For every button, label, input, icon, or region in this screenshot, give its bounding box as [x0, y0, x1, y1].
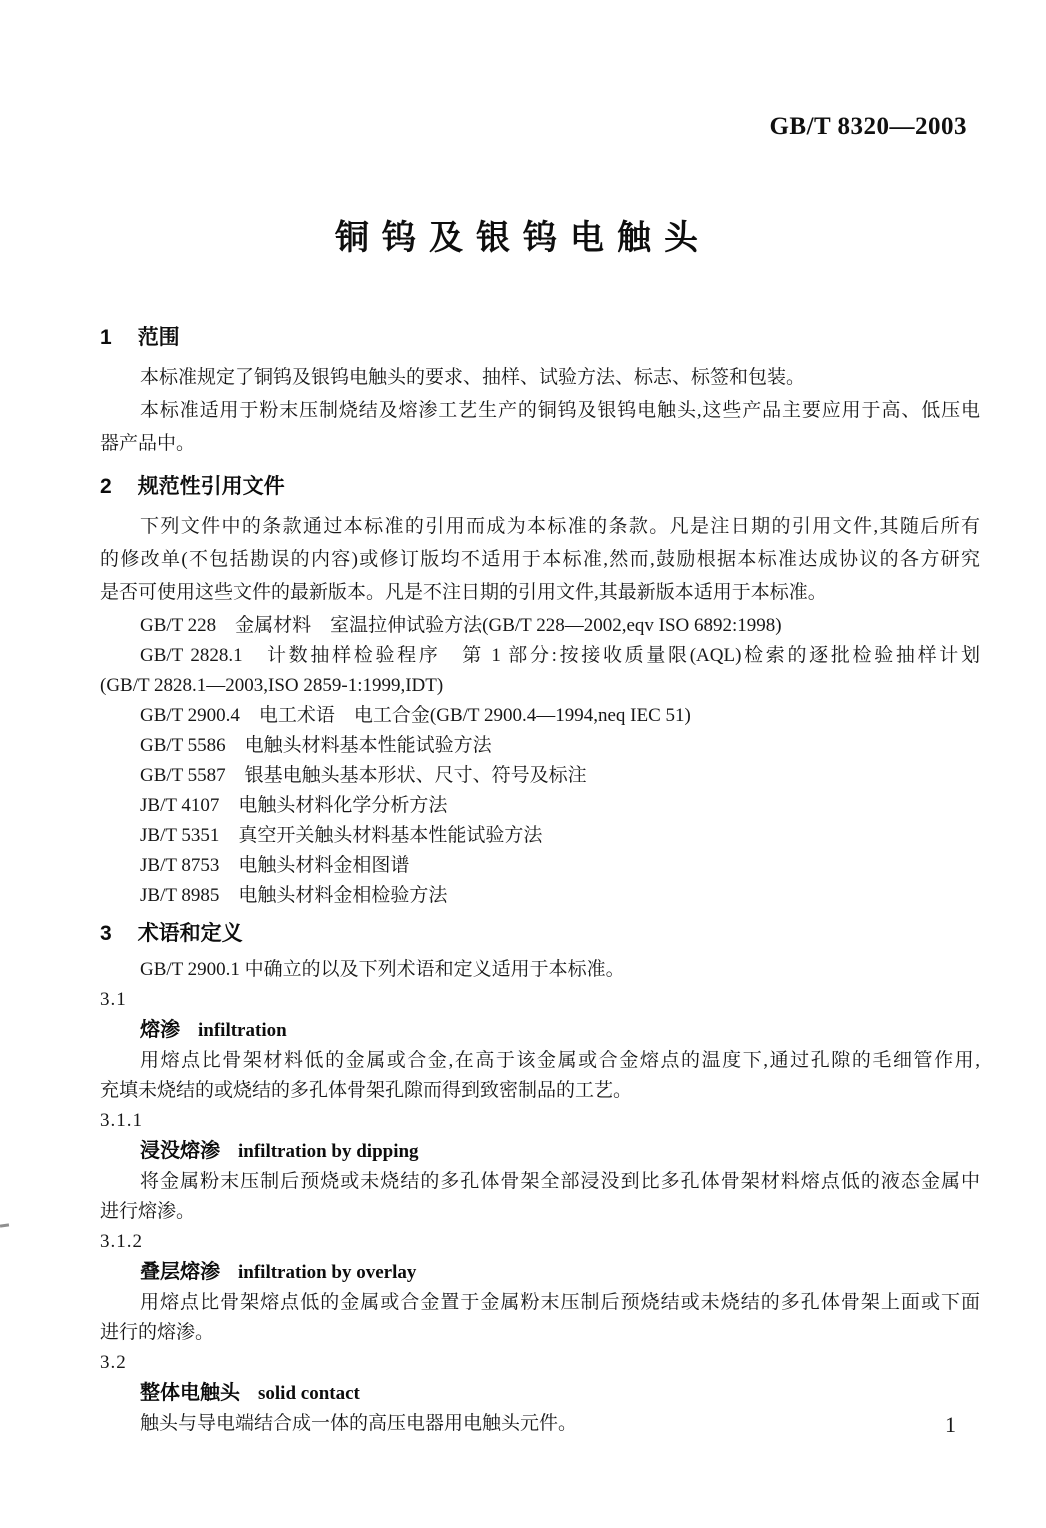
- term-name-zh: 叠层熔渗: [140, 1261, 220, 1283]
- terms-intro-line: GB/T 2900.1 中确立的以及下列术语和定义适用于本标准。: [100, 955, 980, 985]
- reference-item: GB/T 2900.4 电工术语 电工合金(GB/T 2900.4—1994,n…: [100, 701, 980, 731]
- term-name-en: infiltration by dipping: [238, 1141, 419, 1162]
- page-number: 1: [945, 1412, 956, 1438]
- section-1-heading: 1范围: [100, 325, 980, 351]
- section-1-number: 1: [100, 325, 112, 351]
- section-3-number: 3: [100, 921, 112, 947]
- term-number: 3.1.2: [100, 1227, 980, 1257]
- scan-edge-mark: [0, 1223, 9, 1227]
- section-2-title: 规范性引用文件: [138, 474, 285, 500]
- term-number: 3.2: [100, 1348, 980, 1378]
- term-definition-line: 用熔点比骨架熔点低的金属或合金置于金属粉末压制后预烧结或未烧结的多孔体骨架上面或…: [100, 1288, 980, 1318]
- term-name-en: infiltration by overlay: [238, 1262, 416, 1283]
- references-intro-line: 是否可使用这些文件的最新版本。凡是不注日期的引用文件,其最新版本适用于本标准。: [100, 576, 980, 609]
- references-intro-line: 下列文件中的条款通过本标准的引用而成为本标准的条款。凡是注日期的引用文件,其随后…: [100, 510, 980, 543]
- standard-code: GB/T 8320—2003: [769, 113, 967, 141]
- scope-paragraph-line: 本标准规定了铜钨及银钨电触头的要求、抽样、试验方法、标志、标签和包装。: [100, 361, 980, 394]
- section-2-heading: 2规范性引用文件: [100, 474, 980, 500]
- references-list: GB/T 228 金属材料 室温拉伸试验方法(GB/T 228—2002,eqv…: [100, 611, 980, 911]
- references-intro-line: 的修改单(不包括勘误的内容)或修订版均不适用于本标准,然而,鼓励根据本标准达成协…: [100, 543, 980, 576]
- section-3-title: 术语和定义: [138, 921, 243, 947]
- term-definition-line: 充填未烧结的或烧结的多孔体骨架孔隙而得到致密制品的工艺。: [100, 1076, 980, 1106]
- reference-item-continuation: (GB/T 2828.1—2003,ISO 2859-1:1999,IDT): [100, 671, 980, 701]
- term-definition-line: 将金属粉末压制后预烧或未烧结的多孔体骨架全部浸没到比多孔体骨架材料熔点低的液态金…: [100, 1167, 980, 1197]
- document-title: 铜钨及银钨电触头: [0, 210, 1046, 259]
- document-page: GB/T 8320—2003 铜钨及银钨电触头 1范围 本标准规定了铜钨及银钨电…: [0, 0, 1046, 1528]
- term-heading: 熔渗infiltration: [100, 1015, 980, 1046]
- term-definition-line: 进行熔渗。: [100, 1197, 980, 1227]
- reference-item: GB/T 5587 银基电触头基本形状、尺寸、符号及标注: [100, 761, 980, 791]
- section-2-number: 2: [100, 474, 112, 500]
- term-definition-line: 触头与导电端结合成一体的高压电器用电触头元件。: [100, 1409, 980, 1439]
- term-definition-line: 用熔点比骨架材料低的金属或合金,在高于该金属或合金熔点的温度下,通过孔隙的毛细管…: [100, 1046, 980, 1076]
- term-name-zh: 浸没熔渗: [140, 1140, 220, 1162]
- term-heading: 浸没熔渗infiltration by dipping: [100, 1136, 980, 1167]
- term-name-en: solid contact: [258, 1383, 360, 1404]
- term-name-zh: 熔渗: [140, 1019, 180, 1041]
- reference-item: JB/T 5351 真空开关触头材料基本性能试验方法: [100, 821, 980, 851]
- reference-item: JB/T 4107 电触头材料化学分析方法: [100, 791, 980, 821]
- reference-item: JB/T 8985 电触头材料金相检验方法: [100, 881, 980, 911]
- section-1-title: 范围: [138, 325, 180, 351]
- reference-item: GB/T 5586 电触头材料基本性能试验方法: [100, 731, 980, 761]
- term-name-en: infiltration: [198, 1020, 287, 1041]
- reference-item: JB/T 8753 电触头材料金相图谱: [100, 851, 980, 881]
- term-definition-line: 进行的熔渗。: [100, 1318, 980, 1348]
- reference-item: GB/T 228 金属材料 室温拉伸试验方法(GB/T 228—2002,eqv…: [100, 611, 980, 641]
- term-number: 3.1: [100, 985, 980, 1015]
- reference-item: GB/T 2828.1 计数抽样检验程序 第 1 部分:按接收质量限(AQL)检…: [100, 641, 980, 671]
- term-heading: 叠层熔渗infiltration by overlay: [100, 1257, 980, 1288]
- document-body: 1范围 本标准规定了铜钨及银钨电触头的要求、抽样、试验方法、标志、标签和包装。 …: [100, 318, 980, 1439]
- scope-paragraph-line: 器产品中。: [100, 427, 980, 460]
- section-3-heading: 3术语和定义: [100, 921, 980, 947]
- term-name-zh: 整体电触头: [140, 1382, 240, 1404]
- term-heading: 整体电触头solid contact: [100, 1378, 980, 1409]
- scope-paragraph-line: 本标准适用于粉末压制烧结及熔渗工艺生产的铜钨及银钨电触头,这些产品主要应用于高、…: [100, 394, 980, 427]
- term-number: 3.1.1: [100, 1106, 980, 1136]
